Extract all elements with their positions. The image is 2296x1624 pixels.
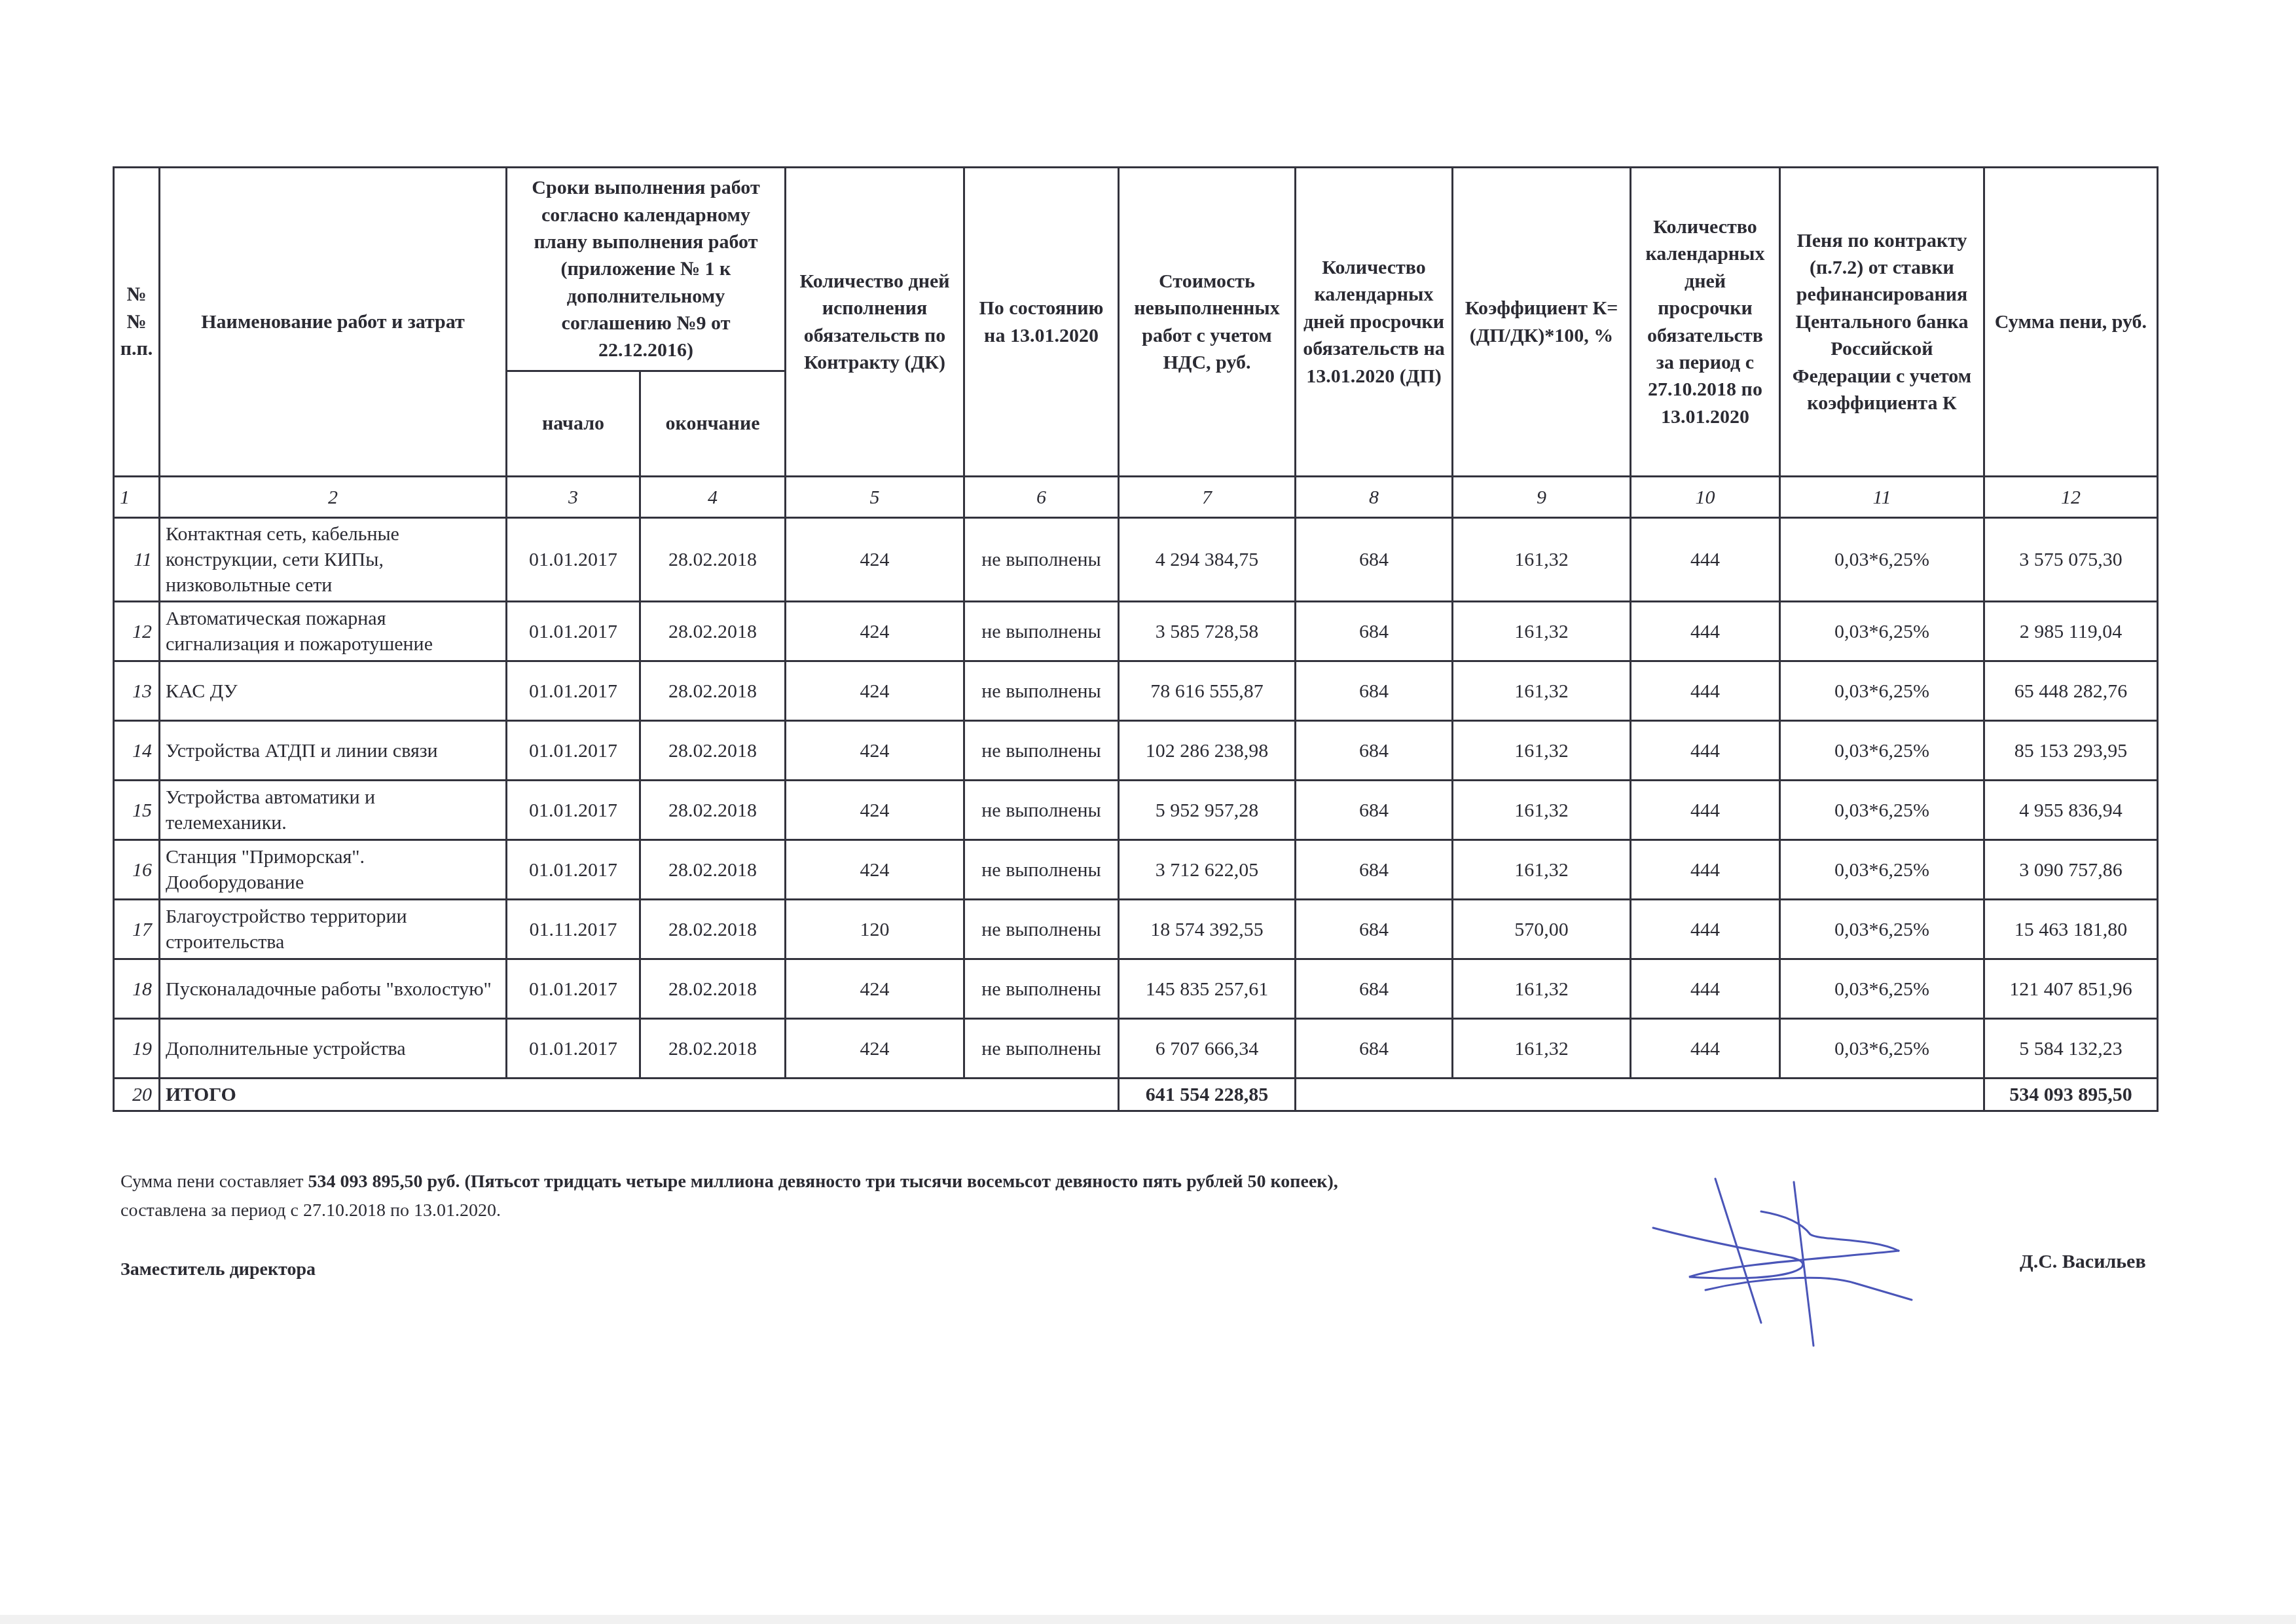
column-number: 1: [114, 477, 160, 518]
signature-icon: [1624, 1159, 2082, 1356]
table-row: 13КАС ДУ01.01.201728.02.2018424не выполн…: [114, 661, 2158, 721]
column-number: 6: [964, 477, 1119, 518]
end-date: 28.02.2018: [640, 959, 786, 1019]
period-days: 444: [1631, 602, 1780, 661]
column-number-row: 123456789101112: [114, 477, 2158, 518]
start-date: 01.01.2017: [507, 661, 640, 721]
row-index: 15: [114, 781, 160, 840]
penalty-sum: 65 448 282,76: [1984, 661, 2158, 721]
total-cost: 641 554 228,85: [1119, 1079, 1296, 1111]
penalty-rate: 0,03*6,25%: [1780, 1019, 1984, 1079]
start-date: 01.01.2017: [507, 840, 640, 900]
unfinished-cost: 145 835 257,61: [1119, 959, 1296, 1019]
column-number: 8: [1296, 477, 1453, 518]
contract-days: 424: [786, 602, 964, 661]
status: не выполнены: [964, 518, 1119, 602]
period-days: 444: [1631, 721, 1780, 781]
start-date: 01.01.2017: [507, 1019, 640, 1079]
unfinished-cost: 3 585 728,58: [1119, 602, 1296, 661]
penalty-sum: 3 090 757,86: [1984, 840, 2158, 900]
header-start: начало: [507, 371, 640, 477]
status: не выполнены: [964, 781, 1119, 840]
work-name: Устройства АТДП и линии связи: [160, 721, 507, 781]
overdue-days: 684: [1296, 781, 1453, 840]
penalty-table: № № п.п. Наименование работ и затрат Сро…: [113, 166, 2159, 1112]
penalty-sum: 4 955 836,94: [1984, 781, 2158, 840]
start-date: 01.01.2017: [507, 781, 640, 840]
overdue-days: 684: [1296, 900, 1453, 959]
total-index: 20: [114, 1079, 160, 1111]
penalty-rate: 0,03*6,25%: [1780, 840, 1984, 900]
row-index: 16: [114, 840, 160, 900]
table-row: 19Дополнительные устройства01.01.201728.…: [114, 1019, 2158, 1079]
header-row: № № п.п. Наименование работ и затрат Сро…: [114, 168, 2158, 371]
status: не выполнены: [964, 602, 1119, 661]
row-index: 19: [114, 1019, 160, 1079]
penalty-rate: 0,03*6,25%: [1780, 781, 1984, 840]
table-row: 17Благоустройство территории строительст…: [114, 900, 2158, 959]
work-name: Устройства автоматики и телемеханики.: [160, 781, 507, 840]
status: не выполнены: [964, 959, 1119, 1019]
penalty-rate: 0,03*6,25%: [1780, 959, 1984, 1019]
column-number: 3: [507, 477, 640, 518]
table-body: 11Контактная сеть, кабельные конструкции…: [114, 518, 2158, 1079]
header-status: По состоянию на 13.01.2020: [964, 168, 1119, 477]
period-days: 444: [1631, 781, 1780, 840]
end-date: 28.02.2018: [640, 1019, 786, 1079]
status: не выполнены: [964, 721, 1119, 781]
penalty-sum: 2 985 119,04: [1984, 602, 2158, 661]
table-row: 16Станция "Приморская". Дооборудование01…: [114, 840, 2158, 900]
overdue-days: 684: [1296, 1019, 1453, 1079]
contract-days: 424: [786, 1019, 964, 1079]
total-sum: 534 093 895,50: [1984, 1079, 2158, 1111]
header-penalty-rate: Пеня по контракту (п.7.2) от ставки рефи…: [1780, 168, 1984, 477]
header-days-period: Количество календарных дней просрочки об…: [1631, 168, 1780, 477]
penalty-sum: 85 153 293,95: [1984, 721, 2158, 781]
penalty-rate: 0,03*6,25%: [1780, 900, 1984, 959]
row-index: 14: [114, 721, 160, 781]
header-coef: Коэффициент К=(ДП/ДК)*100, %: [1453, 168, 1631, 477]
header-days-dp: Количество календарных дней просрочки об…: [1296, 168, 1453, 477]
unfinished-cost: 78 616 555,87: [1119, 661, 1296, 721]
start-date: 01.01.2017: [507, 602, 640, 661]
contract-days: 424: [786, 721, 964, 781]
row-index: 12: [114, 602, 160, 661]
table-row: 14Устройства АТДП и линии связи01.01.201…: [114, 721, 2158, 781]
penalty-sum: 3 575 075,30: [1984, 518, 2158, 602]
coefficient: 161,32: [1453, 602, 1631, 661]
coefficient: 161,32: [1453, 661, 1631, 721]
penalty-sum: 121 407 851,96: [1984, 959, 2158, 1019]
coefficient: 161,32: [1453, 959, 1631, 1019]
overdue-days: 684: [1296, 721, 1453, 781]
status: не выполнены: [964, 661, 1119, 721]
penalty-rate: 0,03*6,25%: [1780, 518, 1984, 602]
coefficient: 161,32: [1453, 781, 1631, 840]
unfinished-cost: 6 707 666,34: [1119, 1019, 1296, 1079]
table-row: 18Пусконаладочные работы "вхолостую"01.0…: [114, 959, 2158, 1019]
work-name: Контактная сеть, кабельные конструкции, …: [160, 518, 507, 602]
status: не выполнены: [964, 840, 1119, 900]
period-days: 444: [1631, 959, 1780, 1019]
table-row: 11Контактная сеть, кабельные конструкции…: [114, 518, 2158, 602]
coefficient: 161,32: [1453, 840, 1631, 900]
signer-name: Д.С. Васильев: [2020, 1251, 2146, 1273]
page-edge: [0, 1615, 2296, 1624]
column-number: 7: [1119, 477, 1296, 518]
unfinished-cost: 102 286 238,98: [1119, 721, 1296, 781]
column-number: 12: [1984, 477, 2158, 518]
row-index: 18: [114, 959, 160, 1019]
header-days-dk: Количество дней исполнения обязательств …: [786, 168, 964, 477]
start-date: 01.01.2017: [507, 959, 640, 1019]
status: не выполнены: [964, 900, 1119, 959]
row-index: 13: [114, 661, 160, 721]
header-penalty-sum: Сумма пени, руб.: [1984, 168, 2158, 477]
coefficient: 161,32: [1453, 721, 1631, 781]
contract-days: 120: [786, 900, 964, 959]
work-name: КАС ДУ: [160, 661, 507, 721]
table-row: 12Автоматическая пожарная сигнализация и…: [114, 602, 2158, 661]
contract-days: 424: [786, 840, 964, 900]
start-date: 01.11.2017: [507, 900, 640, 959]
period-days: 444: [1631, 1019, 1780, 1079]
period-days: 444: [1631, 661, 1780, 721]
overdue-days: 684: [1296, 518, 1453, 602]
period-days: 444: [1631, 900, 1780, 959]
header-schedule: Сроки выполнения работ согласно календар…: [507, 168, 786, 371]
end-date: 28.02.2018: [640, 602, 786, 661]
start-date: 01.01.2017: [507, 721, 640, 781]
summary-prefix: Сумма пени составляет: [120, 1172, 308, 1192]
table-row: 15Устройства автоматики и телемеханики.0…: [114, 781, 2158, 840]
total-empty: [1296, 1079, 1984, 1111]
unfinished-cost: 5 952 957,28: [1119, 781, 1296, 840]
header-name: Наименование работ и затрат: [160, 168, 507, 477]
overdue-days: 684: [1296, 959, 1453, 1019]
end-date: 28.02.2018: [640, 518, 786, 602]
summary-amount: 534 093 895,50 руб. (Пятьсот тридцать че…: [308, 1172, 1338, 1192]
header-end: окончание: [640, 371, 786, 477]
period-days: 444: [1631, 518, 1780, 602]
signatory-position: Заместитель директора: [120, 1259, 316, 1280]
summary-line-1: Сумма пени составляет 534 093 895,50 руб…: [120, 1168, 1338, 1196]
work-name: Станция "Приморская". Дооборудование: [160, 840, 507, 900]
column-number: 9: [1453, 477, 1631, 518]
penalty-rate: 0,03*6,25%: [1780, 602, 1984, 661]
contract-days: 424: [786, 781, 964, 840]
unfinished-cost: 3 712 622,05: [1119, 840, 1296, 900]
start-date: 01.01.2017: [507, 518, 640, 602]
coefficient: 161,32: [1453, 518, 1631, 602]
penalty-rate: 0,03*6,25%: [1780, 661, 1984, 721]
coefficient: 161,32: [1453, 1019, 1631, 1079]
work-name: Дополнительные устройства: [160, 1019, 507, 1079]
column-number: 4: [640, 477, 786, 518]
column-number: 10: [1631, 477, 1780, 518]
contract-days: 424: [786, 661, 964, 721]
summary-text: Сумма пени составляет 534 093 895,50 руб…: [120, 1168, 1338, 1225]
column-number: 11: [1780, 477, 1984, 518]
penalty-sum: 5 584 132,23: [1984, 1019, 2158, 1079]
overdue-days: 684: [1296, 661, 1453, 721]
end-date: 28.02.2018: [640, 840, 786, 900]
status: не выполнены: [964, 1019, 1119, 1079]
end-date: 28.02.2018: [640, 661, 786, 721]
end-date: 28.02.2018: [640, 781, 786, 840]
column-number: 2: [160, 477, 507, 518]
total-label: ИТОГО: [160, 1079, 1119, 1111]
period-days: 444: [1631, 840, 1780, 900]
penalty-sum: 15 463 181,80: [1984, 900, 2158, 959]
overdue-days: 684: [1296, 840, 1453, 900]
column-number: 5: [786, 477, 964, 518]
contract-days: 424: [786, 518, 964, 602]
overdue-days: 684: [1296, 602, 1453, 661]
unfinished-cost: 4 294 384,75: [1119, 518, 1296, 602]
contract-days: 424: [786, 959, 964, 1019]
header-cost: Стоимость невыполненных работ с учетом Н…: [1119, 168, 1296, 477]
row-index: 11: [114, 518, 160, 602]
unfinished-cost: 18 574 392,55: [1119, 900, 1296, 959]
header-num: № № п.п.: [114, 168, 160, 477]
summary-line-2: составлена за период с 27.10.2018 по 13.…: [120, 1196, 1338, 1225]
coefficient: 570,00: [1453, 900, 1631, 959]
end-date: 28.02.2018: [640, 721, 786, 781]
work-name: Автоматическая пожарная сигнализация и п…: [160, 602, 507, 661]
work-name: Пусконаладочные работы "вхолостую": [160, 959, 507, 1019]
row-index: 17: [114, 900, 160, 959]
work-name: Благоустройство территории строительства: [160, 900, 507, 959]
total-row: 20 ИТОГО 641 554 228,85 534 093 895,50: [114, 1079, 2158, 1111]
penalty-rate: 0,03*6,25%: [1780, 721, 1984, 781]
end-date: 28.02.2018: [640, 900, 786, 959]
